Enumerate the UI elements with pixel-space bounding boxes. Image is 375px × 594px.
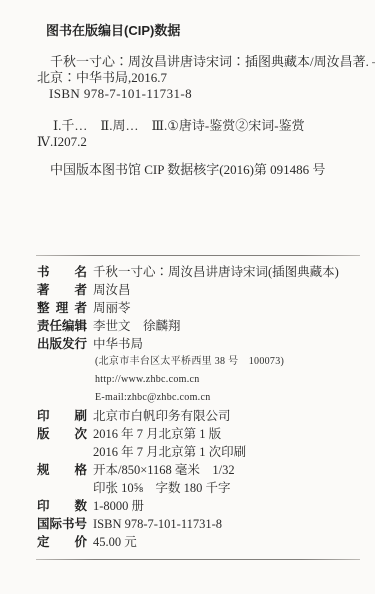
cip-record-number: 中国版本图书馆 CIP 数据核字(2016)第 091486 号 — [50, 162, 361, 178]
publisher-address: (北京市丰台区太平桥西里 38 号 100073) — [95, 353, 365, 371]
field-value: 周汝昌 — [93, 281, 131, 299]
edition-line: 2016 年 7 月北京第 1 版 — [93, 425, 246, 443]
edition-line: 2016 年 7 月北京第 1 次印刷 — [93, 443, 246, 461]
field-label: 印数 — [37, 497, 87, 515]
cip-isbn: ISBN 978-7-101-11731-8 — [49, 86, 361, 102]
row-price: 定价 45.00 元 — [37, 533, 365, 551]
field-value: 千秋一寸心∶周汝昌讲唐诗宋词(插图典藏本) — [93, 263, 339, 281]
row-printer: 印刷 北京市白帆印务有限公司 — [37, 407, 365, 425]
publisher-website: http://www.zhbc.com.cn — [95, 371, 365, 389]
cip-classification-line: Ⅰ.千… Ⅱ.周… Ⅲ.①唐诗-鉴赏②宋词-鉴赏 — [37, 118, 361, 134]
row-book-title: 书名 千秋一寸心∶周汝昌讲唐诗宋词(插图典藏本) — [37, 263, 365, 281]
field-label: 国际书号 — [37, 515, 87, 533]
row-author: 著者 周汝昌 — [37, 281, 365, 299]
field-value: 1-8000 册 — [93, 497, 144, 515]
field-value: 李世文 徐麟翔 — [93, 317, 181, 335]
field-label: 版次 — [37, 425, 87, 443]
cip-record: 千秋一寸心∶周汝昌讲唐诗宋词∶插图典藏本/周汝昌著. — 北京∶中华书局,201… — [37, 54, 361, 102]
field-value: ISBN 978-7-101-11731-8 — [93, 515, 222, 533]
field-label: 定价 — [37, 533, 87, 551]
cip-classification: Ⅰ.千… Ⅱ.周… Ⅲ.①唐诗-鉴赏②宋词-鉴赏 Ⅳ.I207.2 — [37, 118, 361, 150]
cip-classification-line: Ⅳ.I207.2 — [37, 134, 361, 150]
field-value: 北京市白帆印务有限公司 — [93, 407, 231, 425]
cip-record-line: 北京∶中华书局,2016.7 — [37, 70, 361, 86]
field-label: 著者 — [37, 281, 87, 299]
publisher-email: E-mail:zhbc@zhbc.com.cn — [95, 389, 365, 407]
field-label: 责任编辑 — [37, 317, 87, 335]
field-value: 中华书局 — [93, 335, 143, 353]
copyright-page: 图书在版编目(CIP)数据 千秋一寸心∶周汝昌讲唐诗宋词∶插图典藏本/周汝昌著.… — [0, 0, 375, 594]
field-label: 整理者 — [37, 299, 87, 317]
format-line: 印张 10⅝ 字数 180 千字 — [93, 479, 235, 497]
row-compiler: 整理者 周丽苓 — [37, 299, 365, 317]
row-format: 规格 开本/850×1168 毫米 1/32 印张 10⅝ 字数 180 千字 — [37, 461, 365, 497]
cip-heading: 图书在版编目(CIP)数据 — [46, 22, 361, 40]
field-label: 印刷 — [37, 407, 87, 425]
field-value: 2016 年 7 月北京第 1 版 2016 年 7 月北京第 1 次印刷 — [93, 425, 246, 461]
field-value: 45.00 元 — [93, 533, 137, 551]
colophon-section: 书名 千秋一寸心∶周汝昌讲唐诗宋词(插图典藏本) 著者 周汝昌 整理者 周丽苓 … — [0, 256, 375, 551]
divider-bottom — [36, 559, 360, 560]
field-label: 书名 — [37, 263, 87, 281]
cip-record-line: 千秋一寸心∶周汝昌讲唐诗宋词∶插图典藏本/周汝昌著. — — [37, 54, 361, 70]
row-print-run: 印数 1-8000 册 — [37, 497, 365, 515]
field-value: 周丽苓 — [93, 299, 131, 317]
publisher-details: (北京市丰台区太平桥西里 38 号 100073) http://www.zhb… — [37, 353, 365, 407]
field-label: 出版发行 — [37, 335, 87, 353]
row-edition: 版次 2016 年 7 月北京第 1 版 2016 年 7 月北京第 1 次印刷 — [37, 425, 365, 461]
row-responsible-editor: 责任编辑 李世文 徐麟翔 — [37, 317, 365, 335]
field-value: 开本/850×1168 毫米 1/32 印张 10⅝ 字数 180 千字 — [93, 461, 235, 497]
row-isbn: 国际书号 ISBN 978-7-101-11731-8 — [37, 515, 365, 533]
format-line: 开本/850×1168 毫米 1/32 — [93, 461, 235, 479]
cip-section: 图书在版编目(CIP)数据 千秋一寸心∶周汝昌讲唐诗宋词∶插图典藏本/周汝昌著.… — [0, 0, 375, 178]
row-publisher: 出版发行 中华书局 — [37, 335, 365, 353]
field-label: 规格 — [37, 461, 87, 479]
